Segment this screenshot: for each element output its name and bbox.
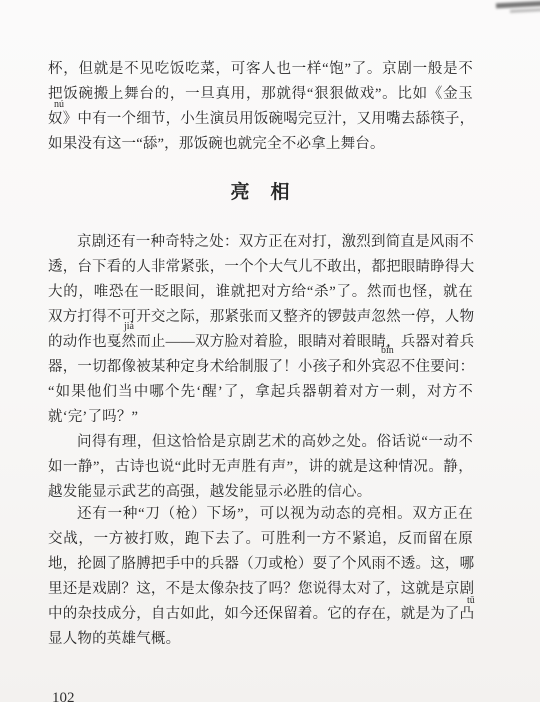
text-line: 大的，唯恐在一眨眼间，谁就把对方给“杀”了。然而也怪，就在 — [48, 280, 473, 305]
paragraph-3: 问得有理，但这恰恰是京剧艺术的高妙之处。俗话说“一动不 如一静”，古诗也说“此时… — [48, 430, 473, 505]
text-line: 地，抡圆了胳膊把手中的兵器（刀或枪）耍了个风雨不透。这，哪 — [48, 552, 473, 577]
scan-artifact — [496, 1, 540, 9]
text-line: 杯，但就是不见吃饭吃菜，可客人也一样“饱”了。京剧一般是不 — [48, 57, 473, 82]
text-line: 奴》中有一个细节，小生演员用饭碗喝完豆汁，又用嘴去舔筷子， — [48, 107, 473, 132]
text-line: 透，台下看的人非常紧张，一个个大气儿不敢出，都把眼睛睁得大 — [48, 255, 473, 280]
text-line: 双方打得不可开交之际，那紧张而又整齐的锣鼓声忽然一停，人物 — [48, 305, 473, 330]
pinyin-annotation: tū — [467, 596, 475, 606]
paragraph-2: 京剧还有一种奇特之处：双方正在对打，激烈到简直是风雨不 透，台下看的人非常紧张，… — [48, 230, 473, 430]
text-line: 器，一切都像被某种定身术给制服了！小孩子和外宾忍不住要问： — [48, 355, 473, 380]
pinyin-annotation: jiá — [124, 322, 134, 332]
section-title: 亮 相 — [48, 180, 473, 205]
text-line: 中的杂技成分，自古如此，如今还保留着。它的存在，就是为了凸 — [48, 602, 473, 627]
paragraph-intro: 杯，但就是不见吃饭吃菜，可客人也一样“饱”了。京剧一般是不 把饭碗搬上舞台的，一… — [48, 57, 473, 157]
text-line: 问得有理，但这恰恰是京剧艺术的高妙之处。俗话说“一动不 — [48, 430, 473, 455]
book-page: 杯，但就是不见吃饭吃菜，可客人也一样“饱”了。京剧一般是不 把饭碗搬上舞台的，一… — [0, 0, 540, 702]
text-line: “如果他们当中哪个先‘醒’了，拿起兵器朝着对方一刺，对方不 — [48, 380, 473, 405]
text-line: 里还是戏剧？这，不是太像杂技了吗？您说得太对了，这就是京剧 — [48, 577, 473, 602]
text-line: 就‘完’了吗？” — [48, 405, 473, 430]
text-line: 把饭碗搬上舞台的，一旦真用，那就得“狠狠做戏”。比如《金玉 — [48, 82, 473, 107]
pinyin-annotation: bīn — [381, 346, 394, 356]
page-number: 102 — [52, 690, 75, 702]
paragraph-4: 还有一种“刀（枪）下场”，可以视为动态的亮相。双方正在 交战，一方被打败，跑下去… — [48, 502, 473, 652]
scan-artifact — [510, 8, 540, 13]
text-line: 显人物的英雄气概。 — [48, 627, 473, 652]
text-line: 交战，一方被打败，跑下去了。可胜利一方不紧追，反而留在原 — [48, 527, 473, 552]
text-line: 的动作也戛然而止——双方脸对着脸，眼睛对着眼睛，兵器对着兵 — [48, 330, 473, 355]
text-line: 还有一种“刀（枪）下场”，可以视为动态的亮相。双方正在 — [48, 502, 473, 527]
pinyin-annotation: nú — [54, 100, 64, 110]
text-line: 如果没有这一“舔”，那饭碗也就完全不必拿上舞台。 — [48, 132, 473, 157]
text-line: 京剧还有一种奇特之处：双方正在对打，激烈到简直是风雨不 — [48, 230, 473, 255]
text-line: 如一静”，古诗也说“此时无声胜有声”，讲的就是这种情况。静， — [48, 455, 473, 480]
